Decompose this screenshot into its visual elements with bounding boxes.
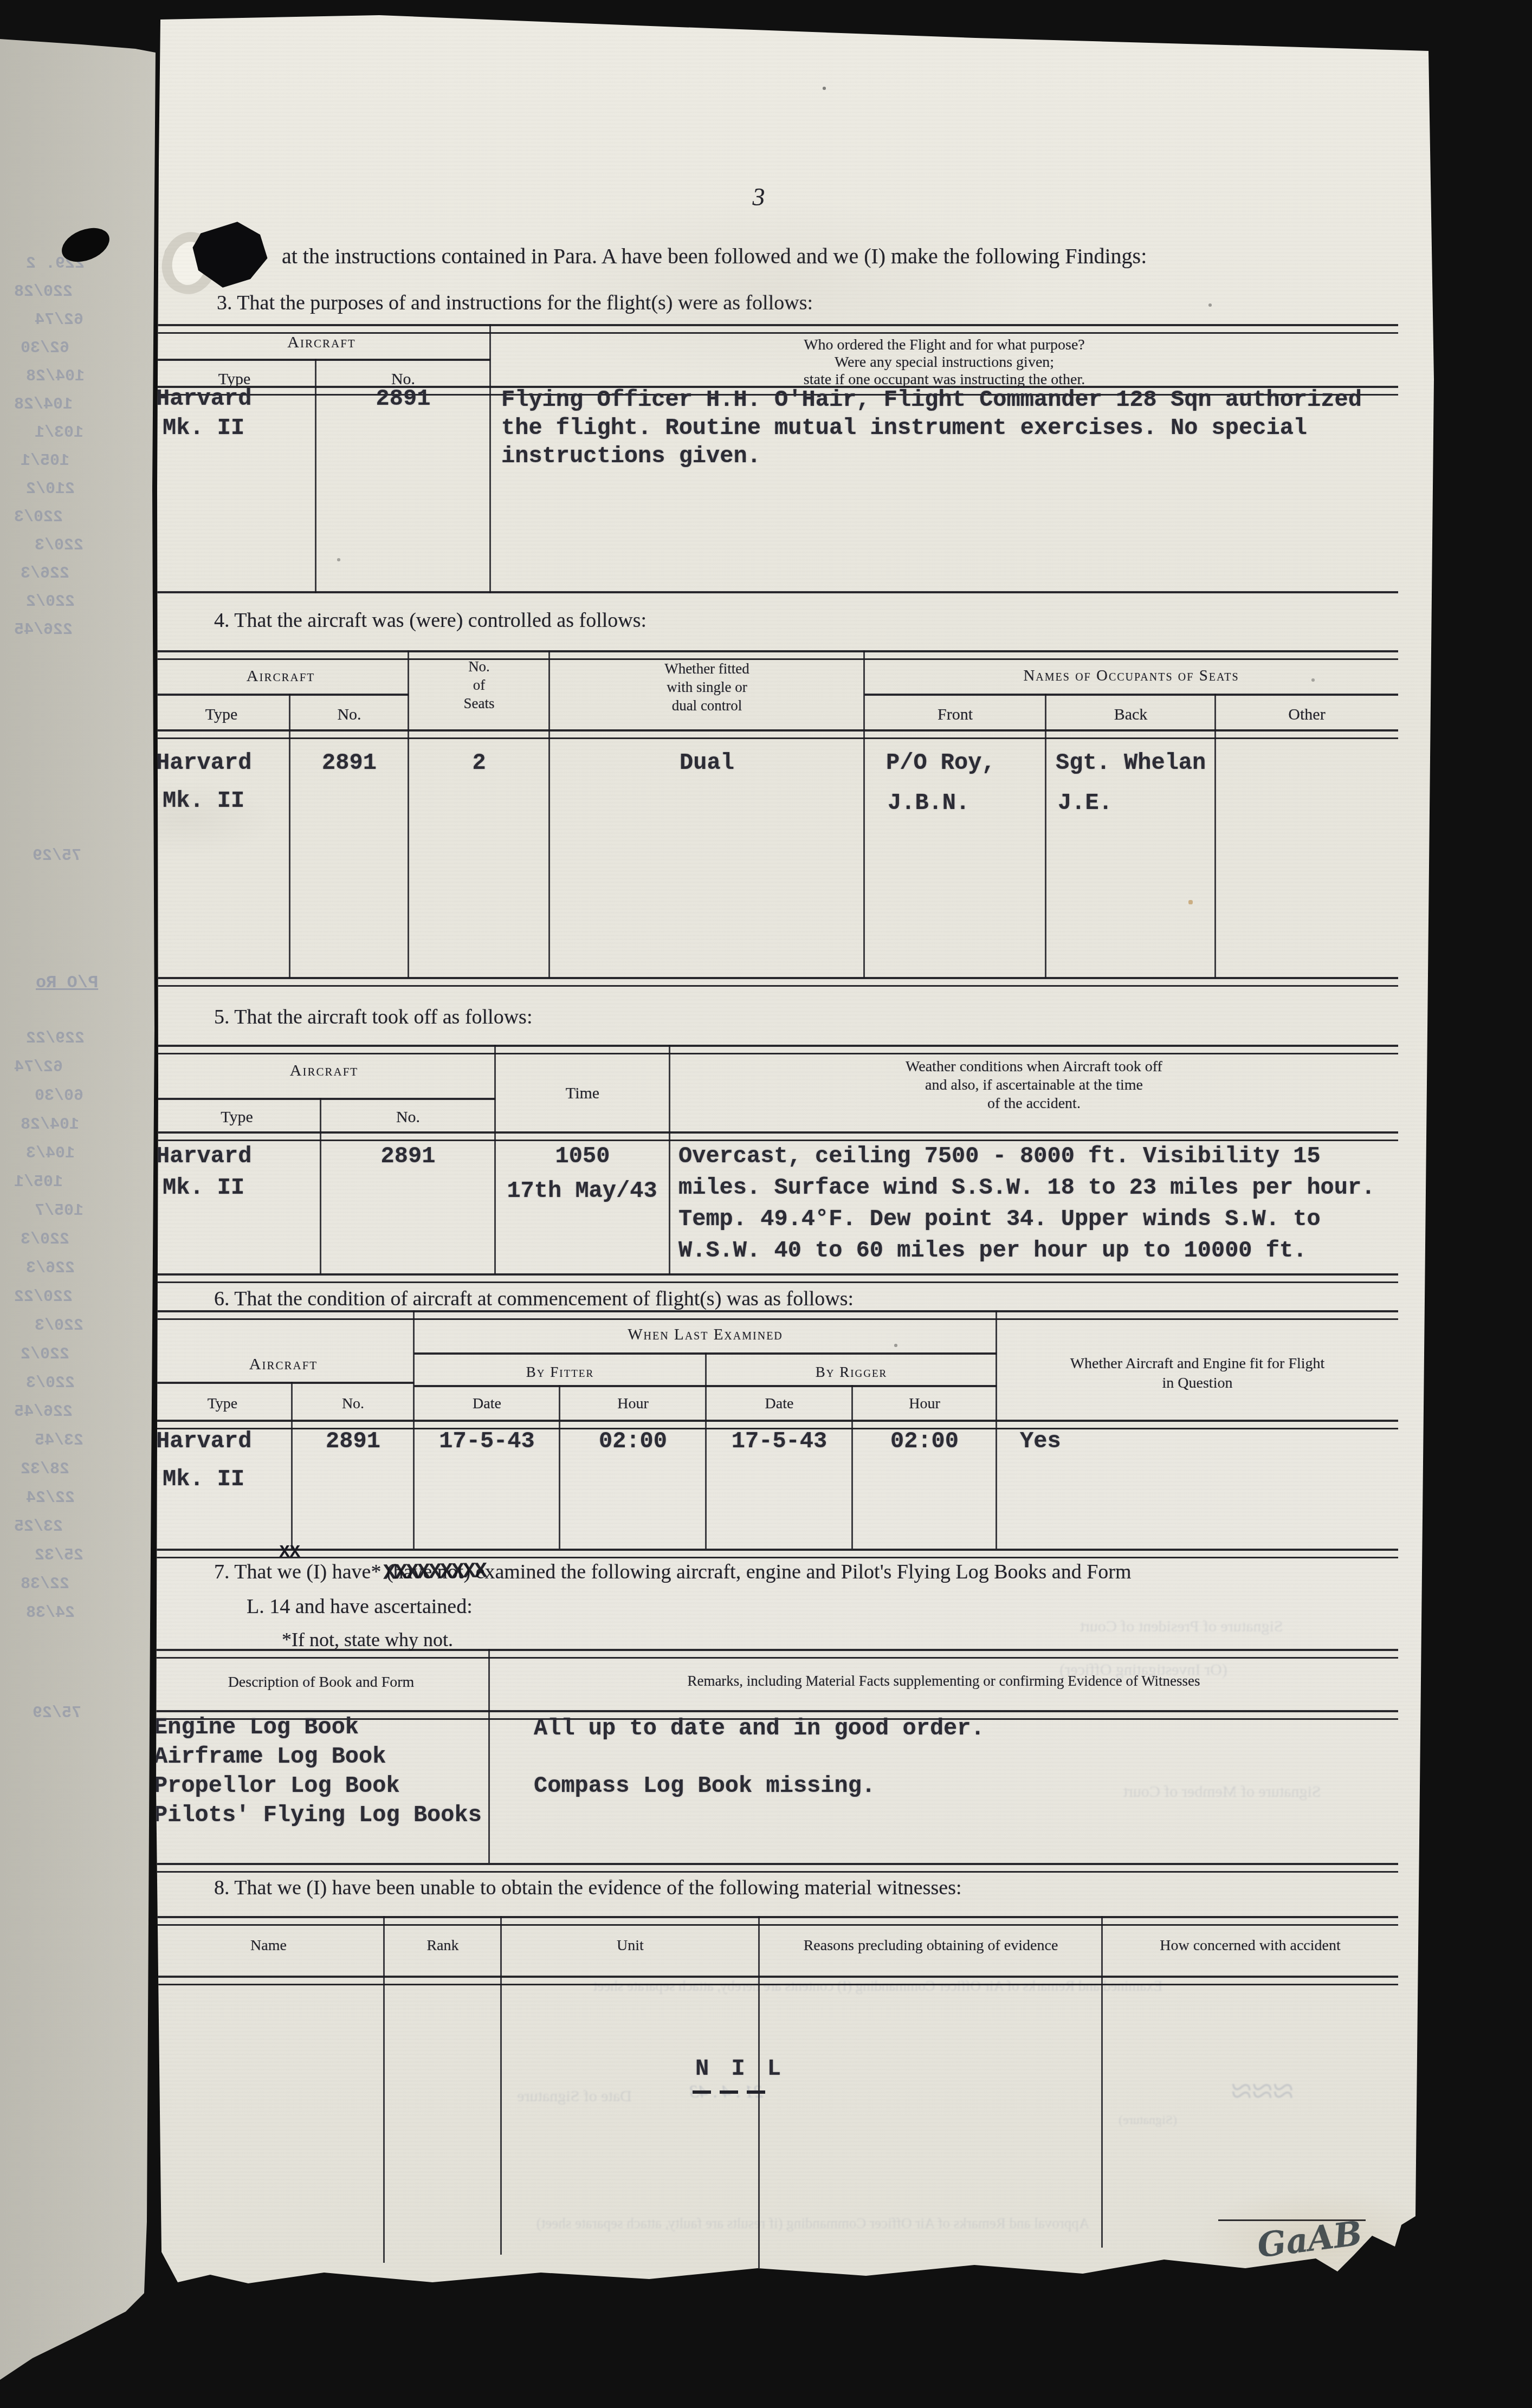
bleed-number-fragment: 104/28 [21, 1116, 79, 1134]
t8-unit-header: Unit [501, 1938, 759, 1953]
t4-whether-header-3: dual control [550, 698, 864, 713]
t4-seats-header-1: No. [409, 659, 550, 674]
bleed-number-fragment: 226/3 [21, 565, 69, 583]
t6-aircraft-header: Aircraft [153, 1356, 414, 1373]
bleed-number-fragment: 220/22 [14, 1288, 73, 1306]
t6-fitter-date-value: 17-5-43 [414, 1429, 560, 1453]
bleed-number-fragment: 220/3 [26, 1374, 75, 1393]
t6-type-value: Harvard [156, 1429, 251, 1453]
t6-type-value-2: Mk. II [163, 1467, 244, 1491]
t3-who-header-3: state if one occupant was instructing th… [490, 372, 1398, 387]
t4-front-header: Front [864, 706, 1046, 723]
t5-aircraft-header: Aircraft [153, 1062, 495, 1079]
rule [153, 1916, 1398, 1926]
scan-specks [0, 0, 1, 1]
t6-rigger-header: By Rigger [706, 1364, 997, 1380]
t6-fit-value: Yes [1020, 1429, 1061, 1453]
t7-remark-2: Compass Log Book missing. [534, 1774, 875, 1798]
bleed-number-fragment: 62/74 [14, 1058, 63, 1077]
t5-weather-value-1: Overcast, ceiling 7500 - 8000 ft. Visibi… [678, 1144, 1321, 1168]
rule [153, 1098, 495, 1100]
rule [153, 977, 1398, 987]
heading7-text: (I) have* [301, 1561, 386, 1583]
intro-text: at the instructions contained in Para. A… [282, 245, 1147, 268]
t3-type-header: Type [153, 371, 316, 388]
rule [153, 1273, 1398, 1283]
bleed-through-text: Signature of Member of Court [897, 1783, 1532, 1801]
t5-weather-value-2: miles. Surface wind S.S.W. 18 to 23 mile… [678, 1176, 1375, 1200]
bleed-number-fragment: 226/45 [14, 1403, 73, 1421]
t6-when-header: When Last Examined [414, 1326, 997, 1343]
bleed-number-fragment: 105/1 [21, 452, 69, 470]
column-line [1045, 694, 1046, 978]
t8-how-header: How concerned with accident [1102, 1938, 1398, 1953]
t8-nil-value: N I L [695, 2057, 785, 2081]
bleed-number-fragment: 226/3 [26, 1259, 75, 1278]
t5-date-value: 17th May/43 [490, 1179, 674, 1203]
t5-weather-value-3: Temp. 49.4°F. Dew point 34. Upper winds … [678, 1207, 1321, 1231]
bleed-number-fragment: 23/45 [35, 1432, 83, 1450]
t6-rigger-hour-value: 02:00 [852, 1429, 997, 1453]
t6-rigger-date-value: 17-5-43 [706, 1429, 852, 1453]
t4-whether-header-2: with single or [550, 679, 864, 695]
bleed-number-fragment: 229/22 [26, 1030, 85, 1048]
t4-no-value: 2891 [290, 751, 409, 775]
t4-other-header: Other [1216, 706, 1398, 723]
bleed-number-fragment: 103/1 [35, 424, 83, 442]
t6-fitter-header: By Fitter [414, 1364, 706, 1380]
t3-no-header: No. [316, 371, 490, 388]
bleed-number-fragment: 220/3 [35, 536, 83, 555]
t5-weather-header-2: and also, if ascertainable at the time [670, 1077, 1398, 1093]
rule [864, 694, 1398, 696]
bleed-number-fragment: 62/74 [35, 311, 83, 329]
t6-rigger-hour-header: Hour [852, 1396, 997, 1412]
section6-heading: 6. That the condition of aircraft at com… [214, 1289, 854, 1310]
bleed-number-fragment: 25/32 [35, 1546, 83, 1565]
t5-weather-header-3: of the accident. [670, 1096, 1398, 1111]
t3-who-header-2: Were any special instructions given; [490, 354, 1398, 370]
t7-book-2: Airframe Log Book [154, 1745, 386, 1769]
typed-xx-overlay: XX [279, 1543, 300, 1562]
section7-heading-line1: 7. That weXX (I) have* (have not)XXXXXXX… [214, 1562, 1132, 1583]
t3-type-value: Harvard [156, 387, 251, 411]
column-line [1101, 1916, 1103, 2248]
t4-type-header: Type [153, 706, 290, 723]
t4-control-value: Dual [550, 751, 864, 775]
bleed-number-fragment: 220/2 [21, 1345, 69, 1364]
rule [153, 1131, 1398, 1141]
rule [153, 591, 1398, 593]
t4-aircraft-header: Aircraft [153, 668, 409, 685]
rule [153, 1549, 1398, 1558]
t5-no-value: 2891 [321, 1144, 495, 1168]
t5-time-header: Time [495, 1085, 670, 1102]
t5-weather-value-4: W.S.W. 40 to 60 miles per hour up to 100… [678, 1239, 1307, 1263]
t4-seats-header-2: of [409, 677, 550, 692]
t8-reasons-header: Reasons precluding obtaining of evidence [759, 1938, 1102, 1953]
bleed-number-fragment: 104/3 [26, 1144, 75, 1163]
t5-type-value: Harvard [156, 1144, 251, 1168]
rule [153, 1382, 414, 1384]
t3-aircraft-header: Aircraft [153, 334, 490, 351]
t5-no-header: No. [321, 1109, 495, 1126]
bleed-number-fragment: 210/2 [26, 480, 75, 499]
t7-book-3: Propellor Log Book [154, 1774, 400, 1798]
heading7-text: 7. That [214, 1561, 277, 1583]
column-line [500, 1916, 502, 2255]
page-number: 3 [732, 184, 786, 210]
t5-time-value: 1050 [495, 1144, 670, 1168]
section4-heading: 4. That the aircraft was (were) controll… [214, 610, 647, 632]
t4-whether-header-1: Whether fitted [550, 661, 864, 676]
bleed-number-fragment: 22/24 [26, 1489, 75, 1507]
rule [153, 694, 409, 696]
bleed-through-text: Approval and Remarks of Air Officer Comm… [488, 2215, 1138, 2232]
t6-fitter-hour-header: Hour [560, 1396, 706, 1412]
bleed-number-fragment: 226/45 [14, 621, 73, 639]
t6-fitter-date-header: Date [414, 1396, 560, 1412]
t4-front-value: P/O Roy, [886, 751, 996, 775]
bleed-number-fragment: 22/38 [21, 1575, 69, 1594]
t6-fitter-hour-value: 02:00 [560, 1429, 706, 1453]
section5-heading: 5. That the aircraft took off as follows… [214, 1007, 532, 1028]
rule [153, 359, 490, 361]
t4-names-header: Names of Occupants of Seats [864, 668, 1398, 684]
t3-remarks-3: instructions given. [501, 444, 761, 468]
typed-strikeout-overlay: XXXXXXXXX [383, 1561, 486, 1585]
t3-remarks-2: the flight. Routine mutual instrument ex… [501, 416, 1307, 440]
t4-seats-value: 2 [409, 751, 550, 775]
t5-weather-header-1: Weather conditions when Aircraft took of… [670, 1059, 1398, 1074]
rule [153, 1045, 1398, 1054]
bleed-number-fragment: 23/25 [14, 1518, 63, 1536]
bleed-number-fragment: 28/32 [21, 1460, 69, 1479]
section3-heading: 3. That the purposes of and instructions… [217, 293, 813, 314]
rule [153, 729, 1398, 739]
bleed-number-fragment: 105/1 [14, 1173, 63, 1192]
t7-description-header: Description of Book and Form [153, 1674, 489, 1690]
rule [153, 1863, 1398, 1873]
column-line [289, 694, 290, 978]
bleed-number-fragment: 104/28 [26, 367, 85, 386]
rule [153, 650, 1398, 660]
bleed-through-text: ≈≈≈ [938, 2070, 1532, 2113]
t4-front-value-2: J.B.N. [888, 791, 969, 815]
handwritten-initials: GaAB [1256, 2215, 1364, 2263]
t6-rigger-date-header: Date [706, 1396, 852, 1412]
bleed-number-fragment: 60/30 [35, 1087, 83, 1105]
bleed-number-fragment: 62/30 [21, 339, 69, 358]
t4-back-header: Back [1046, 706, 1216, 723]
t3-type-value-2: Mk. II [163, 416, 244, 440]
rule [153, 1976, 1398, 1985]
bleed-number-fragment: 220/3 [21, 1231, 69, 1249]
t4-type-value-2: Mk. II [163, 789, 244, 813]
we-word: weXX [277, 1562, 301, 1583]
bleed-number-fragment: 105/7 [35, 1202, 83, 1220]
t3-no-value: 2891 [316, 387, 490, 411]
section7-footnote: *If not, state why not. [282, 1630, 453, 1650]
bleed-number-fragment: 75/29 [33, 1704, 81, 1723]
t7-book-4: Pilots' Flying Log Books [154, 1803, 482, 1827]
have-not-word: (have not)XXXXXXXXX [386, 1562, 470, 1583]
bleed-number-fragment: 75/29 [33, 847, 81, 865]
rule [153, 1649, 1398, 1659]
heading7-text: examined the following aircraft, engine … [470, 1561, 1132, 1583]
t4-back-value-2: J.E. [1058, 791, 1113, 815]
t6-no-header: No. [292, 1396, 414, 1412]
t7-remarks-header: Remarks, including Material Facts supple… [489, 1673, 1398, 1688]
t4-no-header: No. [290, 706, 409, 723]
bleed-number-fragment: 24/38 [26, 1604, 75, 1622]
scanned-document: 229. 2220/2862/7462/30104/28104/28103/11… [0, 0, 1532, 2408]
t3-remarks-1: Flying Officer H.H. O'Hair, Flight Comma… [501, 388, 1362, 412]
bleed-number-fragment: 104/28 [14, 396, 73, 414]
bleed-number-fragment: 220/3 [14, 508, 63, 527]
t6-no-value: 2891 [292, 1429, 414, 1453]
t6-type-header: Type [153, 1396, 292, 1412]
t7-remark-1: All up to date and in good order. [534, 1717, 985, 1740]
column-line [1214, 694, 1216, 978]
t4-type-value: Harvard [156, 751, 251, 775]
nil-underline [693, 2090, 774, 2094]
rule [153, 1310, 1398, 1320]
t7-book-1: Engine Log Book [154, 1716, 359, 1739]
section7-heading-line2: L. 14 and have ascertained: [247, 1596, 473, 1618]
section8-heading: 8. That we (I) have been unable to obtai… [214, 1878, 962, 1899]
heading7-we: we [277, 1561, 301, 1583]
bleed-through-text: (Signature) [823, 2113, 1473, 2128]
bleed-po-fragment: P/O Ro [36, 973, 98, 993]
t8-rank-header: Rank [384, 1938, 501, 1953]
t5-type-value-2: Mk. II [163, 1176, 244, 1200]
t6-fit-header-2: in Question [997, 1375, 1398, 1391]
rule [153, 324, 1398, 334]
column-line [383, 1916, 385, 2263]
bleed-number-fragment: 220/3 [35, 1317, 83, 1335]
t5-type-header: Type [153, 1109, 321, 1126]
bleed-number-fragment: 220/28 [14, 283, 73, 301]
form-page: Signature of President of Court(Or Inves… [0, 0, 1532, 2408]
bleed-number-fragment: 220/2 [26, 593, 75, 611]
t3-who-header-1: Who ordered the Flight and for what purp… [490, 337, 1398, 353]
t4-seats-header-3: Seats [409, 696, 550, 711]
t6-fit-header-1: Whether Aircraft and Engine fit for Flig… [997, 1356, 1398, 1371]
bleed-through-text: Signature of President of Court [856, 1617, 1507, 1636]
t4-back-value: Sgt. Whelan [1056, 751, 1206, 775]
t8-name-header: Name [153, 1938, 384, 1953]
